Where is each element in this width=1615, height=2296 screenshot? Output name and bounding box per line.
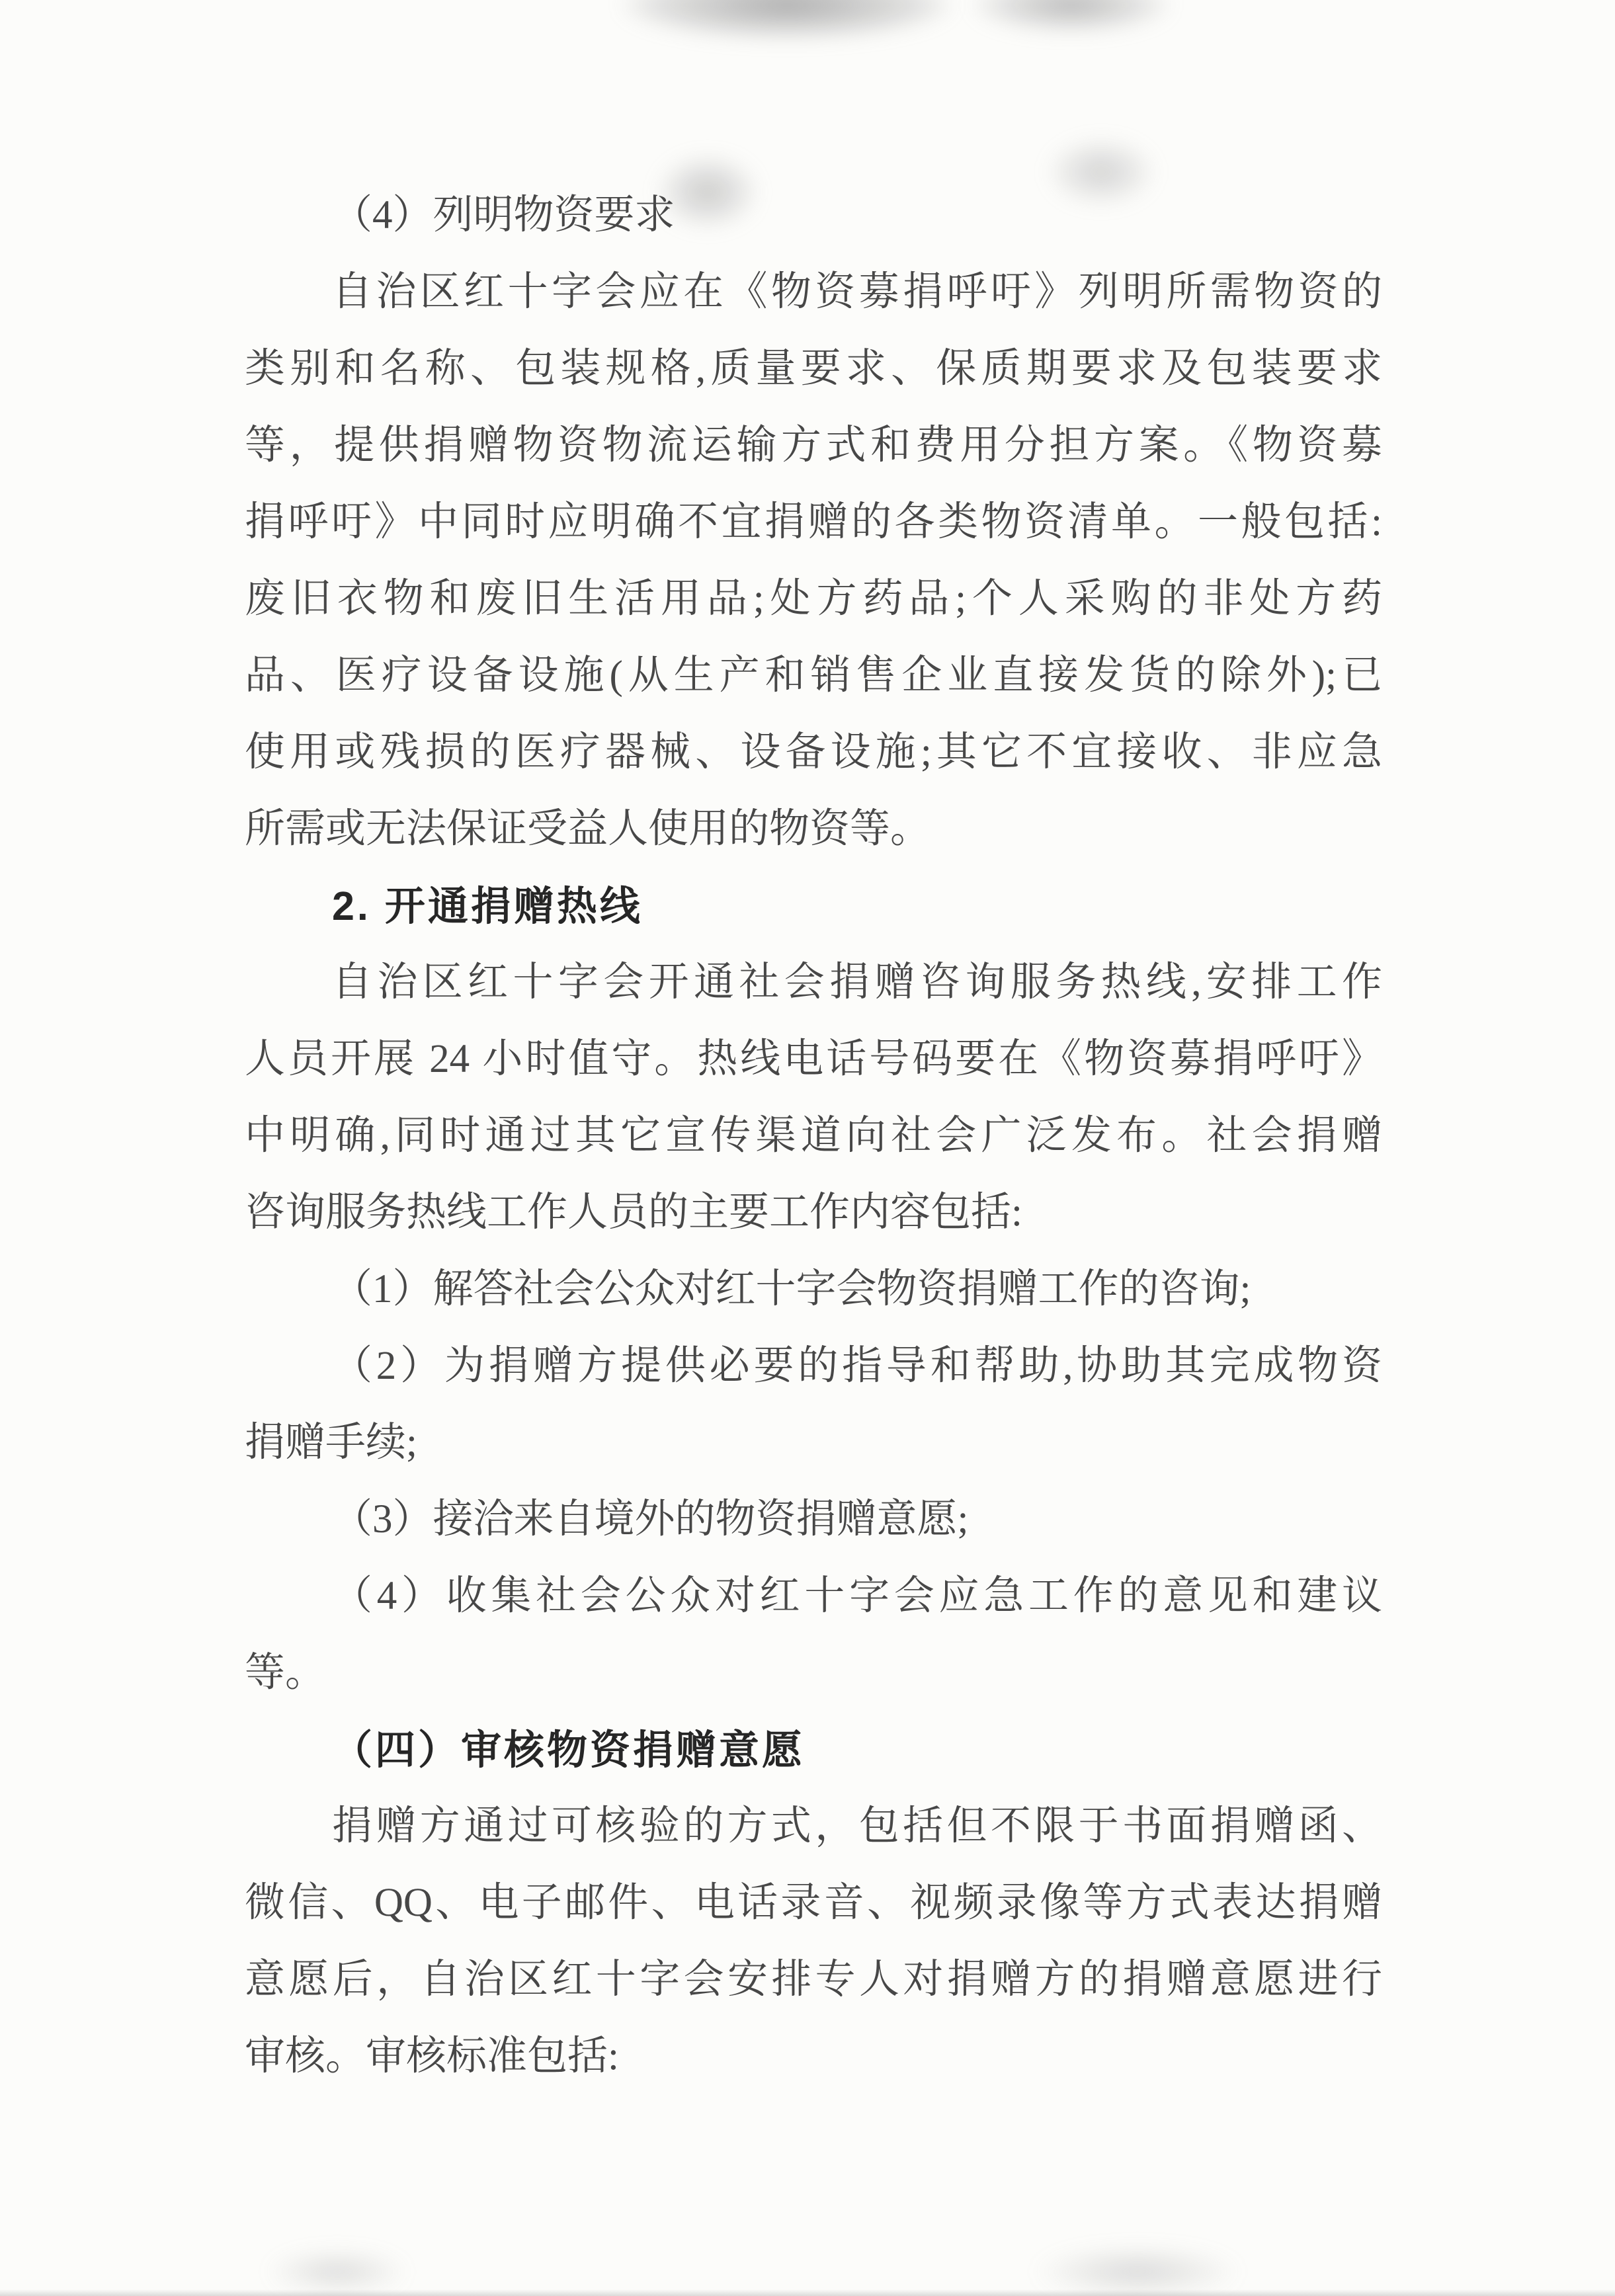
scan-smudge xyxy=(972,0,1171,33)
list-item-heading: （4）列明物资要求 xyxy=(245,177,1382,254)
text-line: 微信、QQ、电子邮件、电话录音、视频录像等方式表达捐赠 xyxy=(245,1865,1382,1942)
text-line: 审核。审核标准包括: xyxy=(245,2018,1382,2095)
scan-smudge xyxy=(1032,2245,1243,2296)
scan-smudge xyxy=(265,2248,410,2295)
list-item: （3）接洽来自境外的物资捐赠意愿; xyxy=(245,1481,1382,1558)
text-line: 类别和名称、包装规格,质量要求、保质期要求及包装要求 xyxy=(245,331,1382,407)
scanned-document-page: （4）列明物资要求 自治区红十字会应在《物资募捐呼吁》列明所需物资的 类别和名称… xyxy=(0,0,1615,2296)
text-line: 自治区红十字会开通社会捐赠咨询服务热线,安排工作 xyxy=(245,944,1382,1021)
text-line: 使用或残损的医疗器械、设备设施;其它不宜接收、非应急 xyxy=(245,714,1382,791)
text-line: 咨询服务热线工作人员的主要工作内容包括: xyxy=(245,1174,1382,1251)
text-line: 废旧衣物和废旧生活用品;处方药品;个人采购的非处方药 xyxy=(245,561,1382,637)
list-item: （2）为捐赠方提供必要的指导和帮助,协助其完成物资 xyxy=(245,1328,1382,1405)
section-heading: 2. 开通捐赠热线 xyxy=(245,868,1382,944)
text-line: 捐赠手续; xyxy=(245,1405,1382,1481)
text-line: 品、医疗设备设施(从生产和销售企业直接发货的除外);已 xyxy=(245,637,1382,714)
text-line: 等。 xyxy=(245,1635,1382,1711)
document-body: （4）列明物资要求 自治区红十字会应在《物资募捐呼吁》列明所需物资的 类别和名称… xyxy=(245,177,1382,2095)
text-line: 意愿后，自治区红十字会安排专人对捐赠方的捐赠意愿进行 xyxy=(245,1942,1382,2018)
text-line: 捐呼吁》中同时应明确不宜捐赠的各类物资清单。一般包括: xyxy=(245,484,1382,561)
list-item: （4）收集社会公众对红十字会应急工作的意见和建议 xyxy=(245,1558,1382,1635)
text-line: 捐赠方通过可核验的方式，包括但不限于书面捐赠函、 xyxy=(245,1788,1382,1865)
list-item: （1）解答社会公众对红十字会物资捐赠工作的咨询; xyxy=(245,1251,1382,1328)
text-line: 人员开展 24 小时值守。热线电话号码要在《物资募捐呼吁》 xyxy=(245,1021,1382,1098)
section-heading: （四）审核物资捐赠意愿 xyxy=(245,1711,1382,1788)
scan-edge-shadow xyxy=(0,2289,1615,2296)
scan-smudge xyxy=(622,0,952,40)
text-line: 中明确,同时通过其它宣传渠道向社会广泛发布。社会捐赠 xyxy=(245,1098,1382,1174)
text-line: 所需或无法保证受益人使用的物资等。 xyxy=(245,791,1382,868)
text-line: 自治区红十字会应在《物资募捐呼吁》列明所需物资的 xyxy=(245,254,1382,331)
text-line: 等，提供捐赠物资物流运输方式和费用分担方案。《物资募 xyxy=(245,407,1382,484)
